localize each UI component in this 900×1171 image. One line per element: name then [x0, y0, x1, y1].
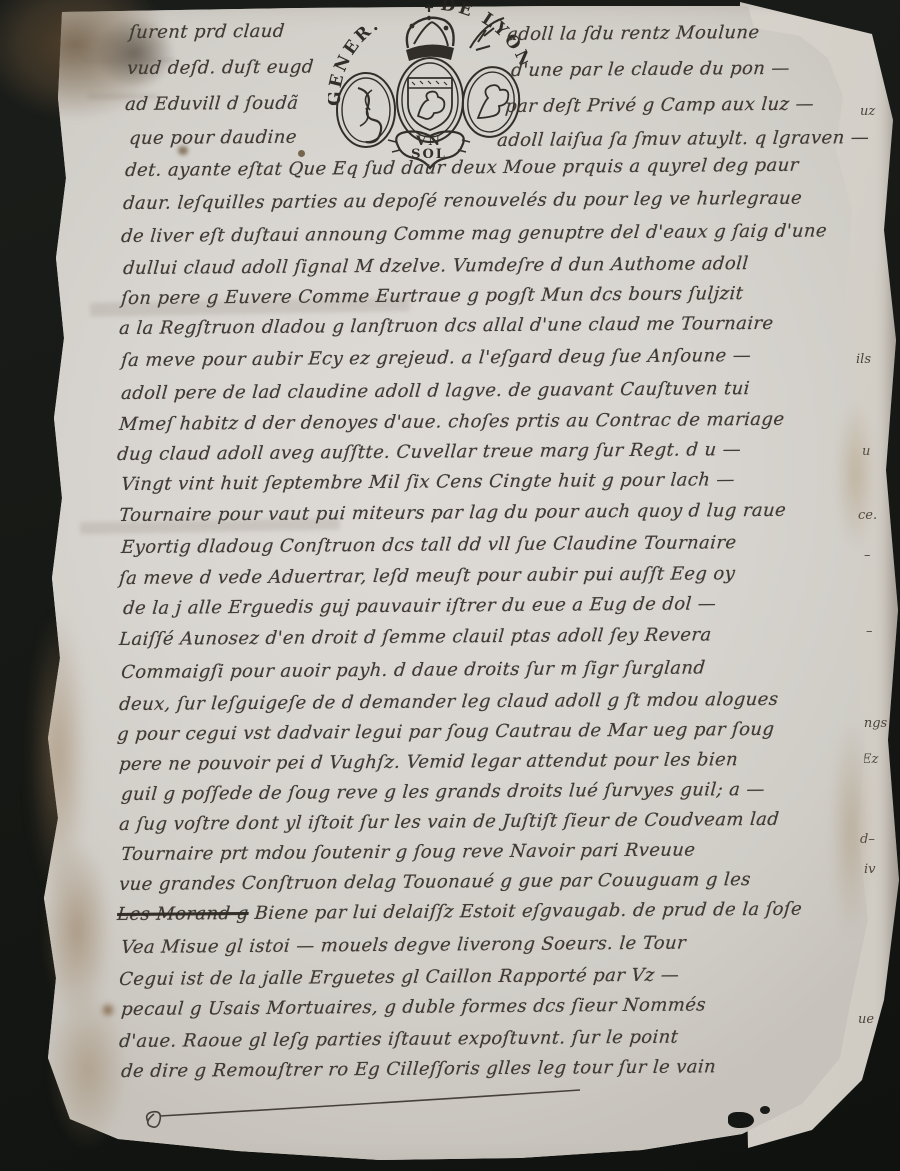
- manuscript-line-rest: Biene par lui delaiſſz Estoit eſgvaugab.…: [254, 899, 803, 924]
- photograph-of-manuscript: uz ils u ce. – – ongs Ez d– iv ue: [0, 0, 900, 1171]
- manuscript-line: vud deſd. duſt eugd: [126, 57, 314, 79]
- edge-text-fragment: ue: [858, 1012, 874, 1027]
- manuscript-line: adoll la ſdu rentz Moulune: [506, 22, 760, 45]
- edge-text-fragment: ils: [856, 352, 871, 367]
- manuscript-line: que pour daudine: [128, 127, 297, 149]
- manuscript-line: par deſt Privé g Camp aux luz —: [504, 94, 814, 117]
- manuscript-line: Vea Misue gl istoi — mouels degve livero…: [120, 933, 687, 958]
- edge-text-fragment: –: [864, 548, 871, 563]
- svg-text:GENER.: GENER.: [328, 14, 384, 106]
- manuscript-line: Cegui ist de la jalle Erguetes gl Caillo…: [118, 965, 680, 990]
- manuscript-line: ad Eduvill d ſoudã: [124, 93, 299, 115]
- edge-text-fragment: uz: [860, 104, 875, 119]
- manuscript-line: adoll laiſua ſa ſmuv atuylt. q lgraven —: [496, 127, 870, 151]
- manuscript-line: d'aue. Raoue gl leſg parties iſtauut exp…: [118, 1027, 679, 1052]
- edge-text-fragment: iv: [864, 862, 876, 877]
- closing-paraph-icon: [130, 1078, 610, 1128]
- manuscript-line: d'une par le claude du pon —: [510, 58, 790, 81]
- stamp-arc-left-text: GENER.: [328, 14, 384, 106]
- edge-text-fragment: u: [862, 444, 870, 459]
- center-medallion-icon: [397, 58, 463, 142]
- edge-text-fragment: d–: [860, 832, 875, 847]
- edge-text-fragment: –: [866, 624, 873, 639]
- edge-text-fragment: ce.: [858, 508, 877, 523]
- manuscript-line: ſurent prd claud: [128, 21, 285, 43]
- struck-words: Les Morand g: [116, 903, 249, 925]
